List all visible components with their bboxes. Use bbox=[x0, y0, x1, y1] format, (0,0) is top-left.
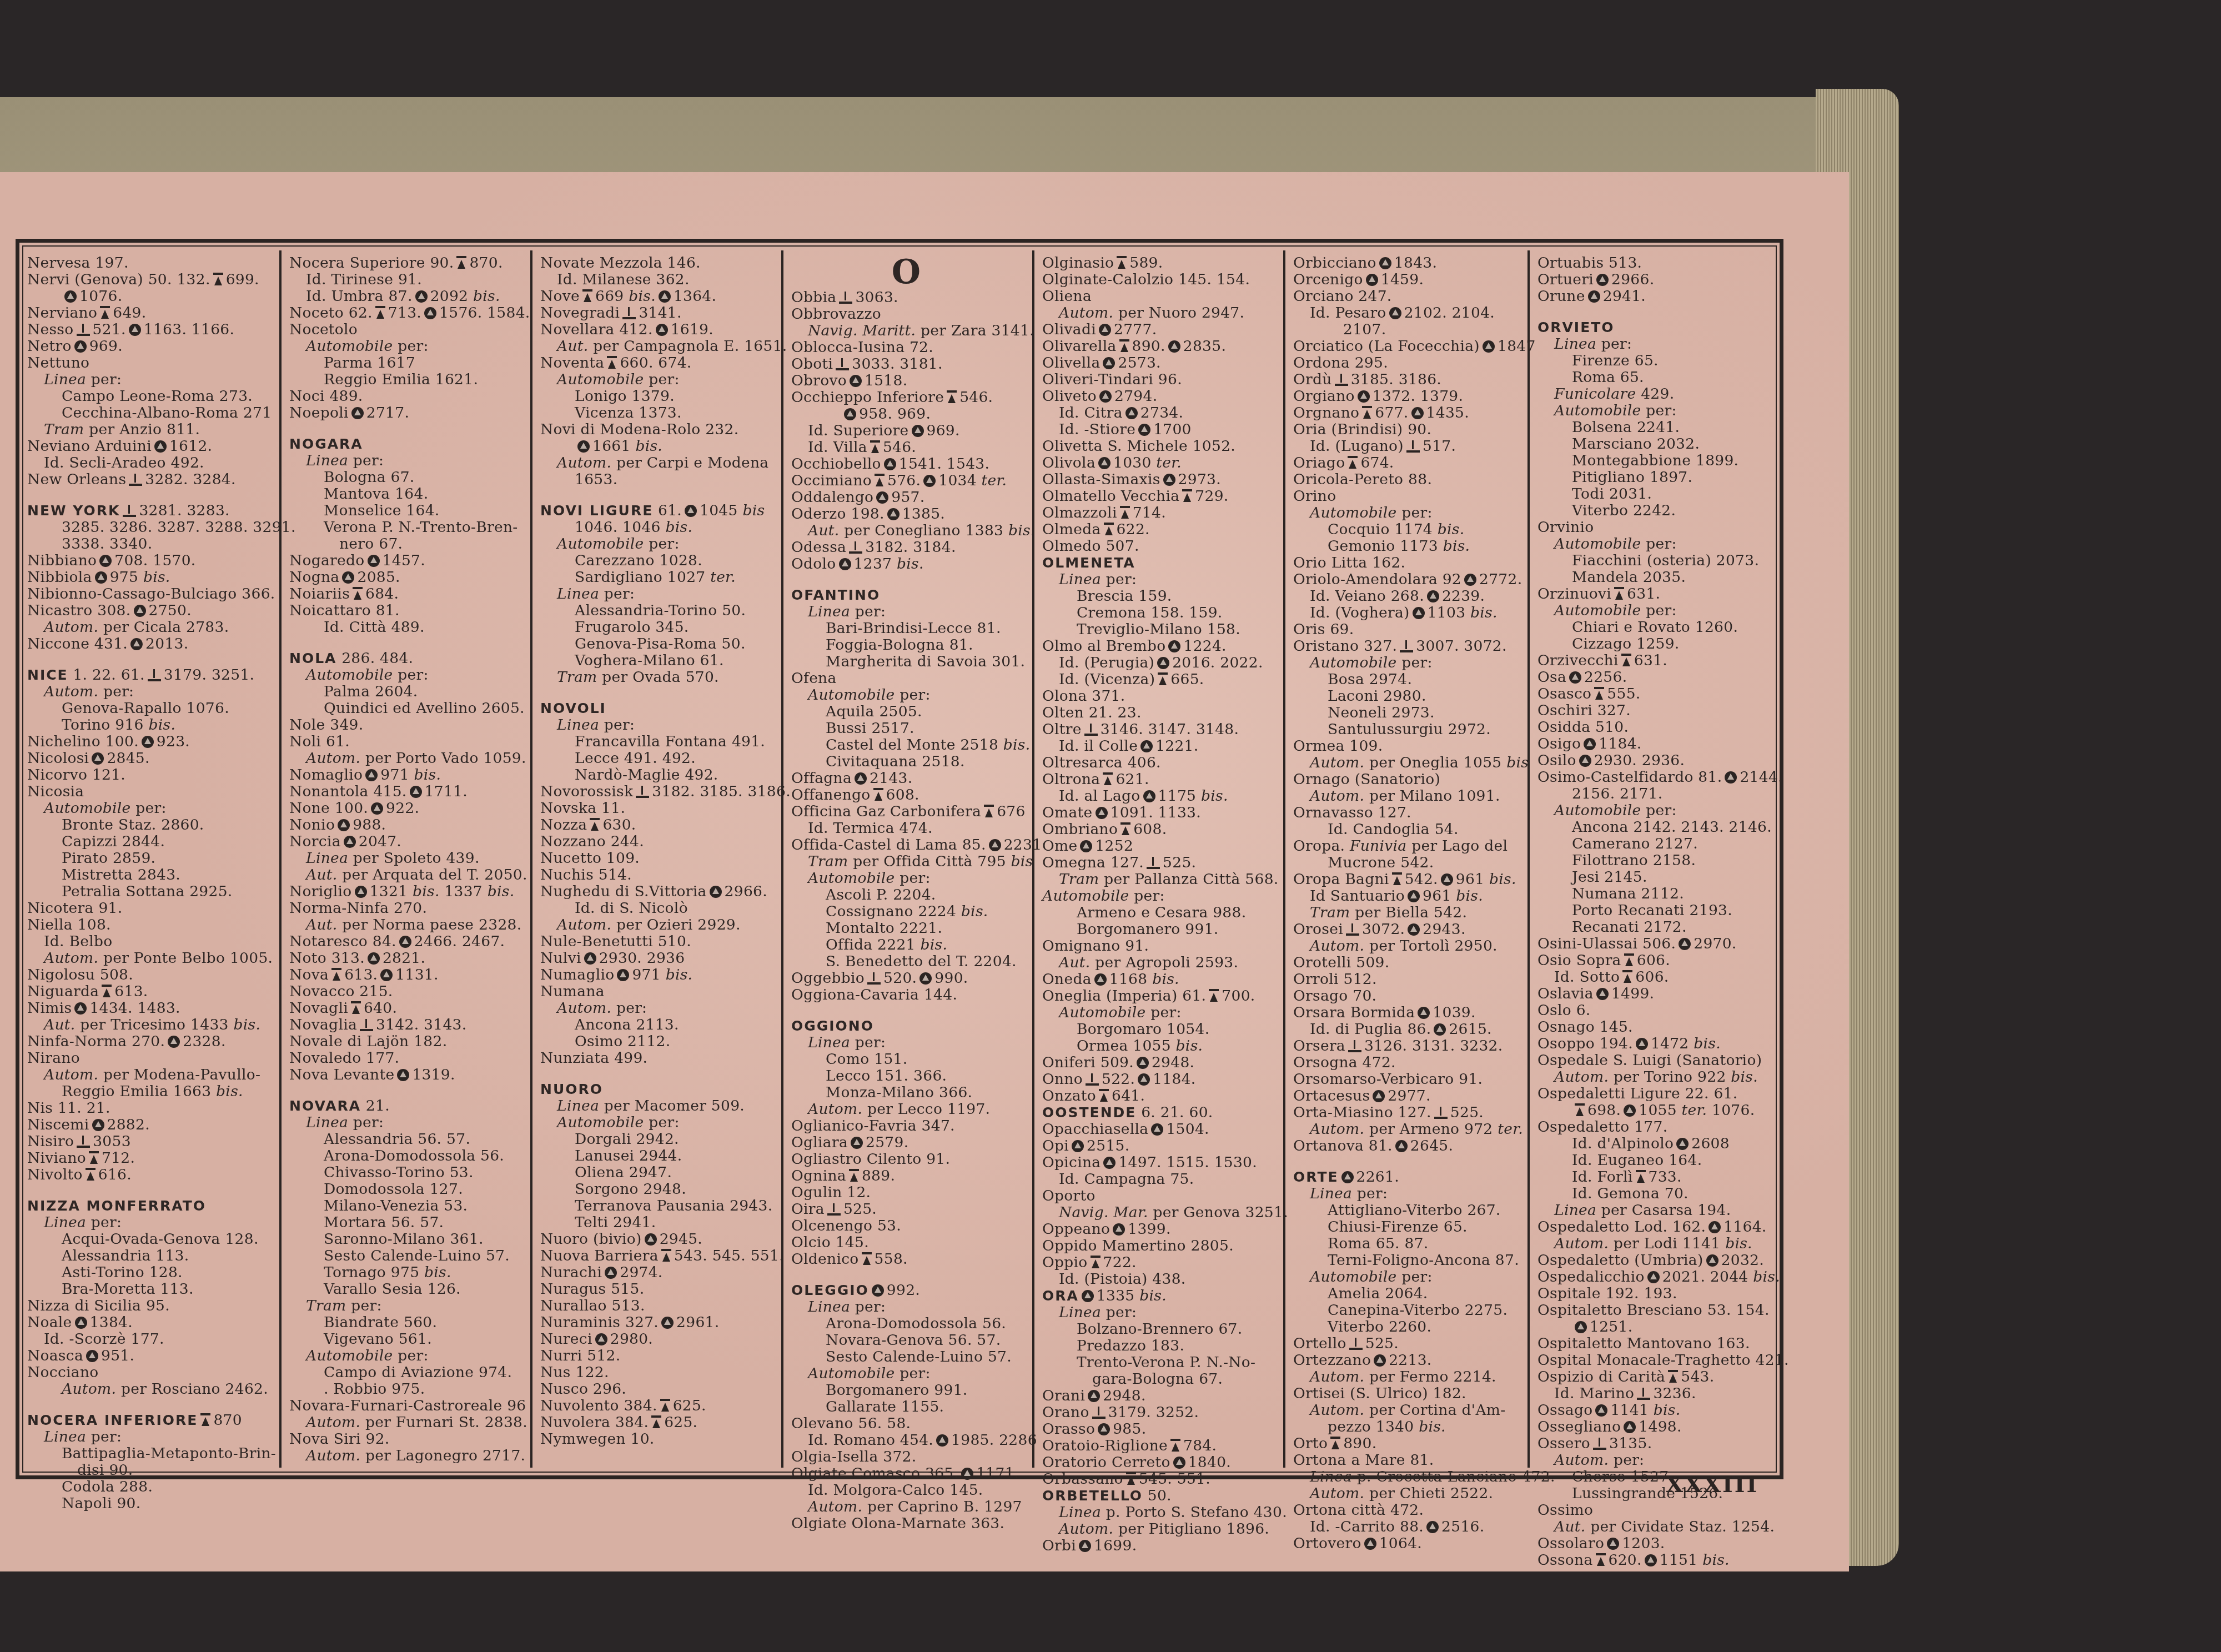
entry-text: Obbia bbox=[791, 289, 836, 306]
index-entry: Ogliastro Cilento 91. bbox=[791, 1151, 1032, 1168]
index-entry: Osoppo 194.1472 bis. bbox=[1537, 1036, 1772, 1052]
index-entry: Castel del Monte 2518 bis. bbox=[791, 737, 1032, 754]
entry-text: Roma 65. 87. bbox=[1328, 1235, 1429, 1252]
automobile-service-icon bbox=[1113, 1223, 1125, 1236]
navigation-ship-icon bbox=[1092, 1407, 1106, 1419]
index-entry: Como 151. bbox=[791, 1051, 1032, 1068]
index-entry: Oira525. bbox=[791, 1201, 1032, 1218]
index-entry: Nuragus 515. bbox=[540, 1281, 781, 1298]
entry-text: Ortuabis 513. bbox=[1537, 254, 1642, 272]
entry-text: 1541. 1543. bbox=[899, 455, 989, 473]
service-type-label: Linea bbox=[1310, 1468, 1352, 1485]
service-type-label: Linea bbox=[808, 603, 850, 620]
entry-text: per Tortolì 2950. bbox=[1364, 937, 1498, 955]
entry-text: Petralia Sottana 2925. bbox=[62, 883, 233, 900]
entry-text: Id. (Lugano) bbox=[1310, 438, 1404, 455]
service-type-label: bis. bbox=[1152, 971, 1179, 988]
index-entry: Roma 65. bbox=[1537, 369, 1772, 386]
entry-text: Novegradi bbox=[540, 304, 620, 322]
index-entry: Alessandria 56. 57. bbox=[289, 1131, 530, 1148]
entry-text: Oslavia bbox=[1537, 985, 1594, 1002]
automobile-service-icon bbox=[92, 1119, 104, 1131]
entry-text: 1843. bbox=[1394, 254, 1437, 272]
service-type-label: Aut. bbox=[44, 1016, 75, 1033]
entry-text: 2945. bbox=[660, 1231, 702, 1248]
service-type-label: Automobile bbox=[306, 1347, 393, 1364]
tramway-icon bbox=[947, 390, 957, 404]
entry-text: per Ponte Belbo 1005. bbox=[98, 950, 273, 967]
index-entry: Osidda 510. bbox=[1537, 719, 1772, 736]
tramway-icon bbox=[1668, 1370, 1678, 1383]
entry-text: 525. bbox=[1365, 1335, 1399, 1352]
automobile-service-icon bbox=[1579, 755, 1591, 767]
entry-text: Olevano 56. 58. bbox=[791, 1415, 911, 1432]
entry-text: Nuvolento 384. bbox=[540, 1397, 657, 1414]
entry-text: Ospedaletto 177. bbox=[1537, 1118, 1667, 1136]
entry-text: 2144. bbox=[1740, 769, 1782, 786]
entry-text: 589. bbox=[1129, 254, 1163, 272]
index-entry: Fiacchini (osteria) 2073. bbox=[1537, 553, 1772, 569]
service-type-label: bis. bbox=[1753, 1268, 1780, 1286]
entry-text: 1224. bbox=[1183, 637, 1226, 655]
entry-text: 608. bbox=[1133, 821, 1167, 838]
automobile-service-icon bbox=[617, 969, 629, 981]
entry-text: disi 90. bbox=[77, 1462, 133, 1479]
index-entry: Automobile per: bbox=[1537, 802, 1772, 819]
entry-text: per Conegliano 1383 bbox=[839, 522, 1008, 539]
service-type-label: bis. bbox=[1176, 1037, 1203, 1055]
entry-text: Monza-Milano 366. bbox=[826, 1084, 972, 1101]
entry-text: 3072. bbox=[1362, 921, 1405, 938]
tramway-icon bbox=[660, 1399, 670, 1412]
service-type-label: bis. bbox=[148, 716, 175, 734]
entry-text: Acqui-Ovada-Genova 128. bbox=[62, 1231, 259, 1248]
service-type-label: Automobile bbox=[1042, 887, 1129, 905]
entry-text: 2821. bbox=[383, 950, 425, 967]
automobile-service-icon bbox=[365, 769, 378, 781]
index-entry: Id. di S. Nicolò bbox=[540, 900, 781, 917]
entry-text: Fiacchini (osteria) 2073. bbox=[1572, 552, 1759, 569]
index-entry: Ortona a Mare 81. bbox=[1293, 1452, 1527, 1469]
index-entry: Aquila 2505. bbox=[791, 704, 1032, 720]
automobile-service-icon bbox=[884, 458, 896, 470]
index-entry: Orvinio bbox=[1537, 519, 1772, 536]
index-entry: Nurachi2974. bbox=[540, 1264, 781, 1281]
entry-text: Roma 65. bbox=[1572, 369, 1644, 386]
index-entry: Ortezzano2213. bbox=[1293, 1352, 1527, 1369]
tramway-icon bbox=[353, 587, 363, 600]
entry-text: Nole 349. bbox=[289, 716, 363, 734]
automobile-service-icon bbox=[1647, 1271, 1660, 1283]
entry-text: Torino 916 bbox=[62, 716, 148, 734]
automobile-service-icon bbox=[851, 1137, 863, 1149]
index-entry: Id. (Lugano)517. bbox=[1293, 438, 1527, 455]
service-type-label: Autom. bbox=[1310, 1485, 1364, 1502]
entry-text: Bussi 2517. bbox=[826, 720, 914, 737]
entry-text: 660. 674. bbox=[620, 354, 691, 371]
entry-text: per: bbox=[1397, 504, 1433, 521]
entry-text: Bologna 67. bbox=[324, 469, 415, 486]
entry-text: 698. bbox=[1587, 1102, 1621, 1119]
index-entry: NOCERA INFERIORE870 bbox=[27, 1412, 279, 1429]
entry-text: 677. bbox=[1375, 404, 1408, 421]
entry-text: 700. bbox=[1222, 987, 1255, 1005]
index-entry: Mortara 56. 57. bbox=[289, 1214, 530, 1231]
index-column-2: Nocera Superiore 90.870.Id. Tirinese 91.… bbox=[279, 250, 530, 1468]
entry-text: Orbassano bbox=[1042, 1470, 1123, 1488]
index-entry: Novale di Lajön 182. bbox=[289, 1033, 530, 1050]
entry-text: 1335 bbox=[1097, 1287, 1139, 1304]
station-heading: ORBETELLO bbox=[1042, 1488, 1143, 1504]
tramway-icon bbox=[100, 306, 110, 319]
entry-text: Milano-Venezia 53. bbox=[324, 1197, 468, 1214]
index-entry: Novaledo 177. bbox=[289, 1050, 530, 1067]
navigation-ship-icon bbox=[1348, 1040, 1361, 1052]
automobile-service-icon bbox=[1125, 407, 1138, 419]
spacer bbox=[27, 488, 279, 503]
automobile-service-icon bbox=[923, 475, 936, 487]
automobile-service-icon bbox=[64, 290, 77, 303]
index-entry: Autom. per Caprino B. 1297 bbox=[791, 1499, 1032, 1515]
index-entry: Ospedale S. Luigi (Sanatorio) bbox=[1537, 1052, 1772, 1069]
entry-text: Id. Città 489. bbox=[324, 619, 425, 636]
automobile-service-icon bbox=[1596, 988, 1609, 1000]
automobile-service-icon bbox=[1099, 390, 1112, 403]
index-entry: Noci 489. bbox=[289, 388, 530, 405]
entry-text: 2882. bbox=[107, 1116, 150, 1133]
automobile-service-icon bbox=[1082, 1290, 1094, 1302]
automobile-service-icon bbox=[1595, 1404, 1607, 1417]
entry-text: Canepina-Viterbo 2275. bbox=[1328, 1302, 1508, 1319]
service-type-label: ter. bbox=[982, 472, 1007, 489]
entry-text: 1319. bbox=[412, 1066, 455, 1083]
service-type-label: Linea bbox=[44, 371, 86, 388]
index-entry: Id. Superiore969. bbox=[791, 423, 1032, 439]
index-entry: Petralia Sottana 2925. bbox=[27, 883, 279, 900]
entry-text: Oratoio-Riglione bbox=[1042, 1437, 1168, 1454]
index-entry: Niccone 431.2013. bbox=[27, 636, 279, 652]
entry-text: Netro bbox=[27, 338, 72, 355]
service-type-label: bis. bbox=[1694, 1035, 1721, 1052]
index-entry: Olona 371. bbox=[1042, 688, 1283, 705]
index-entry: Oneglia (Imperia) 61.700. bbox=[1042, 988, 1283, 1005]
service-type-label: Autom. bbox=[1310, 1121, 1364, 1138]
entry-text: Oricola-Pereto 88. bbox=[1293, 471, 1432, 488]
entry-text: 3053 bbox=[93, 1133, 131, 1150]
entry-text: 1168 bbox=[1109, 971, 1152, 988]
entry-text: Ortello bbox=[1293, 1335, 1346, 1352]
index-entry: Monselice 164. bbox=[289, 503, 530, 519]
index-entry: Oblocca-Iusina 72. bbox=[791, 339, 1032, 356]
index-entry: Numana bbox=[540, 983, 781, 1000]
tramway-icon bbox=[1575, 1103, 1585, 1117]
index-entry: Id. (Voghera)1103 bis. bbox=[1293, 605, 1527, 621]
entry-text: 641. bbox=[1112, 1087, 1145, 1104]
index-entry: Id. Sotto606. bbox=[1537, 969, 1772, 986]
entry-text: per Carpi e Modena bbox=[611, 454, 768, 471]
entry-text: 50. bbox=[1143, 1487, 1172, 1504]
entry-text: Id. di Puglia 86. bbox=[1310, 1021, 1431, 1038]
index-entry: Orsera3126. 3131. 3232. bbox=[1293, 1038, 1527, 1055]
index-entry: Nozzano 244. bbox=[540, 833, 781, 850]
entry-text: Id. Romano 454. bbox=[808, 1432, 933, 1449]
service-type-label: Autom. bbox=[1310, 1402, 1364, 1419]
index-entry: Noiariis684. bbox=[289, 586, 530, 602]
index-entry: Noli 61. bbox=[289, 734, 530, 750]
service-type-label: Autom. bbox=[1310, 787, 1364, 805]
entry-text: Orbi bbox=[1042, 1537, 1076, 1554]
entry-text: Montalto 2221. bbox=[826, 920, 942, 937]
index-entry: Linea per: bbox=[791, 1035, 1032, 1051]
entry-text: Novorossisk bbox=[540, 783, 633, 800]
entry-text: Nocera Superiore 90. bbox=[289, 254, 454, 272]
entry-text: 2085. bbox=[357, 569, 400, 586]
entry-text: Id. (Pistoia) 438. bbox=[1059, 1271, 1186, 1288]
service-type-label: Linea bbox=[306, 1114, 348, 1131]
entry-text: Id. Veiano 268. bbox=[1310, 588, 1424, 605]
index-entry: S. Benedetto del T. 2204. bbox=[791, 953, 1032, 970]
entry-text: None 100. bbox=[289, 800, 368, 817]
entry-text: per: bbox=[1146, 1004, 1182, 1021]
entry-text: Oratorio Cerreto bbox=[1042, 1454, 1170, 1471]
entry-text: 722. bbox=[1103, 1254, 1137, 1271]
index-entry: Mistretta 2843. bbox=[27, 867, 279, 883]
index-entry: Osilo2930. 2936. bbox=[1537, 752, 1772, 769]
index-entry: Aut. per Tricesimo 1433 bis. bbox=[27, 1017, 279, 1033]
entry-text: Ospedalicchio bbox=[1537, 1268, 1645, 1286]
entry-text: Bolzano-Brennero 67. bbox=[1077, 1320, 1242, 1338]
index-entry: Noceto 62.713.1576. 1584. bbox=[289, 305, 530, 322]
entry-text: 961 bbox=[1456, 871, 1489, 888]
entry-text: 1619. bbox=[671, 321, 713, 338]
index-entry: 698.1055 ter. 1076. bbox=[1537, 1102, 1772, 1119]
automobile-service-icon bbox=[1168, 640, 1180, 652]
tramway-icon bbox=[1330, 1437, 1340, 1450]
service-type-label: Linea bbox=[557, 716, 599, 734]
entry-text: per Pitigliano 1896. bbox=[1113, 1520, 1269, 1538]
index-entry: Niscemi2882. bbox=[27, 1117, 279, 1133]
index-entry: Automobile per: bbox=[1537, 536, 1772, 553]
index-entry: Autom. per Lagonegro 2717. bbox=[289, 1448, 530, 1464]
entry-text: 699. bbox=[226, 271, 259, 288]
index-entry: Offanengo608. bbox=[791, 787, 1032, 804]
navigation-ship-icon bbox=[1406, 440, 1420, 453]
entry-text: 545. 551. bbox=[1139, 1470, 1210, 1488]
entry-text: Novale di Lajön 182. bbox=[289, 1033, 447, 1050]
index-entry: Novara-Genova 56. 57. bbox=[791, 1332, 1032, 1349]
index-entry: Ortueri2966. bbox=[1537, 272, 1772, 288]
entry-text: Ossolaro bbox=[1537, 1535, 1604, 1552]
entry-text: Orsera bbox=[1293, 1037, 1345, 1055]
entry-text: 3179. 3251. bbox=[164, 666, 254, 684]
station-heading: NIZZA MONFERRATO bbox=[27, 1198, 206, 1214]
service-type-label: Funivia bbox=[1350, 837, 1406, 855]
index-entry: NOVOLI bbox=[540, 700, 781, 717]
entry-text: 2239. bbox=[1442, 588, 1485, 605]
automobile-service-icon bbox=[1366, 274, 1378, 286]
index-entry: Predazzo 183. bbox=[1042, 1338, 1283, 1354]
entry-text: Id. Umbra 87. bbox=[306, 288, 413, 305]
entry-text: Id. -Stiore bbox=[1059, 421, 1135, 438]
entry-text: Nonio bbox=[289, 816, 335, 833]
service-type-label: Automobile bbox=[808, 870, 895, 887]
index-entry: Oniferi 509.2948. bbox=[1042, 1055, 1283, 1071]
index-entry: Omignano 91. bbox=[1042, 938, 1283, 955]
automobile-service-icon bbox=[1389, 307, 1401, 319]
index-entry: Id. Città 489. bbox=[289, 619, 530, 636]
service-type-label: bis. bbox=[1008, 522, 1036, 539]
index-entry: Obrovo1518. bbox=[791, 373, 1032, 389]
entry-text: Nichelino 100. bbox=[27, 733, 139, 750]
tramway-icon bbox=[200, 1413, 210, 1427]
service-type-label: Funicolare bbox=[1554, 385, 1636, 403]
entry-text: per: bbox=[611, 1000, 647, 1017]
automobile-service-icon bbox=[1096, 807, 1108, 819]
index-entry: ORTE2261. bbox=[1293, 1169, 1527, 1186]
entry-text: per Oneglia 1055 bbox=[1364, 754, 1506, 771]
automobile-service-icon bbox=[1341, 1171, 1354, 1183]
index-entry: Palma 2604. bbox=[289, 684, 530, 700]
entry-text: Id Santuario bbox=[1310, 887, 1405, 905]
index-entry: Nuoro (bivio)2945. bbox=[540, 1231, 781, 1248]
navigation-ship-icon bbox=[360, 1019, 373, 1031]
navigation-ship-icon bbox=[867, 972, 881, 985]
entry-text: 922. bbox=[386, 800, 419, 817]
entry-text: 1699. bbox=[1094, 1537, 1137, 1554]
entry-text: per: bbox=[348, 452, 384, 469]
entry-text: Nicorvo 121. bbox=[27, 766, 125, 784]
entry-text: Reggio Emilia 1621. bbox=[324, 371, 478, 388]
entry-text: 555. bbox=[1607, 685, 1640, 702]
automobile-service-icon bbox=[1143, 790, 1155, 802]
entry-text: Norcia bbox=[289, 833, 341, 850]
entry-text: per Chieti 2522. bbox=[1364, 1485, 1493, 1502]
index-entry: Automobile per: bbox=[289, 667, 530, 684]
automobile-service-icon bbox=[1157, 657, 1169, 669]
index-entry: Novegradi3141. bbox=[540, 305, 781, 322]
index-entry: Id. Molgora-Calco 145. bbox=[791, 1482, 1032, 1499]
automobile-service-icon bbox=[342, 571, 354, 584]
entry-text: 957. bbox=[891, 489, 924, 506]
service-type-label: bis. bbox=[961, 903, 988, 920]
entry-text: Ascoli P. 2204. bbox=[826, 886, 936, 903]
index-entry: Olivadi2777. bbox=[1042, 322, 1283, 338]
entry-text: Ordona 295. bbox=[1293, 354, 1388, 371]
entry-text: Oggiona-Cavaria 144. bbox=[791, 986, 957, 1003]
automobile-service-icon bbox=[1434, 1023, 1446, 1036]
index-entry: Onzato641. bbox=[1042, 1088, 1283, 1104]
service-type-label: bis. bbox=[1702, 1551, 1730, 1569]
index-entry: OFANTINO bbox=[791, 587, 1032, 604]
automobile-service-icon bbox=[1138, 424, 1150, 436]
entry-text: S. Benedetto del T. 2204. bbox=[826, 953, 1017, 970]
entry-text: 2608 bbox=[1691, 1135, 1730, 1152]
index-entry: Mantova 164. bbox=[289, 486, 530, 503]
service-type-label: Autom. bbox=[1059, 1520, 1113, 1538]
entry-text: Oldenico bbox=[791, 1251, 859, 1268]
entry-text: Orto bbox=[1293, 1435, 1328, 1452]
entry-text: per: bbox=[850, 1034, 886, 1051]
index-entry: Nus 122. bbox=[540, 1364, 781, 1381]
index-entry: Vicenza 1373. bbox=[540, 405, 781, 421]
entry-text: 714. bbox=[1133, 504, 1166, 521]
entry-text: 1372. 1379. bbox=[1373, 388, 1463, 405]
automobile-service-icon bbox=[338, 819, 350, 831]
service-type-label: bis. bbox=[1438, 521, 1465, 538]
entry-text: per: bbox=[1641, 402, 1677, 419]
automobile-service-icon bbox=[595, 1333, 607, 1345]
entry-text: 1711. bbox=[425, 783, 468, 800]
entry-text: Olivadi bbox=[1042, 321, 1096, 338]
station-heading: OOSTENDE bbox=[1042, 1104, 1136, 1121]
entry-text: Olmatello Vecchia bbox=[1042, 488, 1179, 505]
entry-text: per Armeno 972 bbox=[1364, 1121, 1498, 1138]
index-entry: 3285. 3286. 3287. 3288. 3291. bbox=[27, 519, 279, 536]
automobile-service-icon bbox=[355, 886, 367, 898]
index-entry: Autom. per Fermo 2214. bbox=[1293, 1369, 1527, 1385]
index-entry: Automobile per: bbox=[1293, 655, 1527, 671]
index-entry: Aut. per Norma paese 2328. bbox=[289, 917, 530, 933]
entry-text: Oristano 327. bbox=[1293, 637, 1397, 655]
entry-text: Ogulin 12. bbox=[791, 1184, 871, 1201]
index-entry: Borgomanero 991. bbox=[1042, 921, 1283, 938]
index-entry: Linea per: bbox=[27, 371, 279, 388]
service-type-label: Tram bbox=[44, 421, 84, 438]
service-type-label: bis. bbox=[488, 883, 515, 900]
index-entry: Monza-Milano 366. bbox=[791, 1084, 1032, 1101]
entry-text: 3033. 3181. bbox=[852, 355, 942, 373]
index-entry: Olivella2573. bbox=[1042, 355, 1283, 371]
index-entry: NIZZA MONFERRATO bbox=[27, 1198, 279, 1214]
index-entry: Firenze 65. bbox=[1537, 353, 1772, 369]
index-entry: Montalto 2221. bbox=[791, 920, 1032, 937]
entry-text: per Macomer 509. bbox=[599, 1097, 745, 1114]
index-entry: Nymwegen 10. bbox=[540, 1431, 781, 1448]
entry-text: 1184. bbox=[1599, 735, 1641, 752]
entry-text: 1251. bbox=[1590, 1318, 1632, 1335]
index-entry: Oppio722. bbox=[1042, 1254, 1283, 1271]
index-entry: Nicotera 91. bbox=[27, 900, 279, 917]
entry-text: Genova-Rapallo 1076. bbox=[62, 700, 229, 717]
entry-text: per: bbox=[1641, 535, 1677, 553]
entry-text: 546. bbox=[959, 389, 993, 406]
tramway-icon bbox=[102, 985, 112, 998]
index-entry: Linea per: bbox=[27, 1214, 279, 1231]
entry-text: 620. bbox=[1609, 1551, 1642, 1569]
entry-text: Borgomaro 1054. bbox=[1077, 1021, 1209, 1038]
index-entry: Novara-Furnari-Castroreale 96 bbox=[289, 1398, 530, 1414]
automobile-service-icon bbox=[1395, 1140, 1408, 1152]
index-entry: Id. Euganeo 164. bbox=[1537, 1152, 1772, 1169]
service-type-label: Linea bbox=[1059, 1504, 1101, 1521]
automobile-service-icon bbox=[1168, 340, 1180, 353]
entry-text: 665. bbox=[1170, 671, 1204, 688]
index-entry: Ordù3185. 3186. bbox=[1293, 371, 1527, 388]
entry-text: Id. Superiore bbox=[808, 422, 909, 439]
index-entry: Oddalengo957. bbox=[791, 489, 1032, 506]
service-type-label: Autom. bbox=[557, 916, 611, 933]
entry-text: Oboti bbox=[791, 355, 833, 373]
entry-text: 631. bbox=[1634, 652, 1667, 669]
index-entry: Codola 288. bbox=[27, 1479, 279, 1495]
index-entry: . Robbio 975. bbox=[289, 1381, 530, 1398]
entry-text: Id. Molgora-Calco 145. bbox=[808, 1482, 983, 1499]
entry-text: Olgiate Olona-Marnate 363. bbox=[791, 1515, 1004, 1532]
entry-text: 2021. 2044 bbox=[1662, 1268, 1753, 1286]
automobile-service-icon bbox=[1411, 407, 1424, 419]
entry-text: Numana 2112. bbox=[1572, 885, 1684, 902]
entry-text: 2930. 2936 bbox=[599, 950, 685, 967]
